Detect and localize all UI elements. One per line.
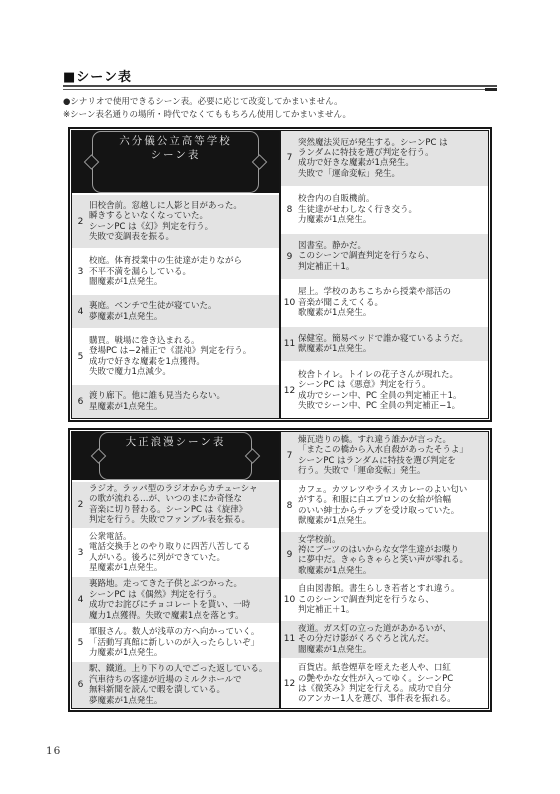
row-text: ラジオ。ラッパ型のラジオからカチューシャ の歌が流れる…が、いつのまにか奇怪な … xyxy=(89,484,277,526)
table-row: 7 突然魔法災厄が発生する。シーンPC は ランダムに特技を選び判定を行う。 成… xyxy=(281,131,488,186)
ornament-diamond-icon xyxy=(251,154,267,170)
table-row: 5 軍服さん。数人が浅草の方へ向かっていく。 「活動写真館に新しいのが入ったらし… xyxy=(72,625,279,660)
table-title: 大正浪漫シーン表 xyxy=(99,432,253,480)
table-column-right: 7 突然魔法災厄が発生する。シーンPC は ランダムに特技を選び判定を行う。 成… xyxy=(279,131,488,418)
table-row: 10 自由図書館。書生らしき若者とすれ違う。 このシーンで調査判定を行うなら、 … xyxy=(281,581,488,618)
row-number: 12 xyxy=(281,679,298,689)
row-text: 突然魔法災厄が発生する。シーンPC は ランダムに特技を選び判定を行う。 成功で… xyxy=(298,138,486,180)
row-number: 3 xyxy=(72,267,89,277)
scene-table-school: 六分儀公立高等学校 シーン表 2 旧校舎前。窓越しに人影と目があった。 瞬きする… xyxy=(68,127,492,422)
row-text: カフェ。カツレツやライスカレーのよい匂い がする。和服に白エプロンの女給が恰幅 … xyxy=(298,485,486,527)
row-text: 校舎内の自販機前。 生徒達がせわしなく行き交う。 力魔素が1点発生。 xyxy=(298,194,486,225)
row-text: 軍服さん。数人が浅草の方へ向かっていく。 「活動写真館に新しいのが入ったらしいぞ… xyxy=(89,627,277,658)
table-row: 12 校舎トイレ。トイレの花子さんが現れた。 シーンPC は《悪意》判定を行う。… xyxy=(281,363,488,418)
table-row: 8 校舎内の自販機前。 生徒達がせわしなく行き交う。 力魔素が1点発生。 xyxy=(281,188,488,232)
row-text: 渡り廊下。他に誰も見当たらない。 星魔素が1点発生。 xyxy=(89,391,277,412)
table-row: 4 裏路地。走ってきた子供とぶつかった。 シーンPC は《偶然》判定を行う。 成… xyxy=(72,577,279,623)
rule-end-cap xyxy=(485,88,497,91)
table-column-left: 六分儀公立高等学校 シーン表 2 旧校舎前。窓越しに人影と目があった。 瞬きする… xyxy=(72,131,279,418)
table-column-right: 7 煉瓦造りの橋。すれ違う誰かが言った。 「またこの橋から入水自殺があったそうよ… xyxy=(279,432,488,708)
table-column-left: 大正浪漫シーン表 2 ラジオ。ラッパ型のラジオからカチューシャ の歌が流れる…が… xyxy=(72,432,279,708)
row-text: 夜道。ガス灯の立った道があかるいが、 その分だけ影がくろぐろと沈んだ。 闇魔素が… xyxy=(298,624,486,655)
ornament-diamond-icon xyxy=(245,448,261,464)
row-text: 裏路地。走ってきた子供とぶつかった。 シーンPC は《偶然》判定を行う。 成功で… xyxy=(89,579,277,621)
row-number: 2 xyxy=(72,500,89,510)
row-number: 4 xyxy=(72,595,89,605)
table-row: 3 校庭。体育授業中の生徒達が走りながら 不平不満を漏らしている。 闇魔素が1点… xyxy=(72,250,279,293)
table-title: 六分儀公立高等学校 シーン表 xyxy=(92,131,259,193)
row-number: 7 xyxy=(281,153,298,163)
row-text: 保健室。簡易ベッドで誰か寝ているようだ。 獣魔素が1点発生。 xyxy=(298,334,486,355)
row-number: 2 xyxy=(72,217,89,227)
row-number: 8 xyxy=(281,205,298,215)
document-page: ■シーン表 ●シナリオで使用できるシーン表。必要に応じて改変してかまいません。 … xyxy=(0,0,560,794)
row-number: 6 xyxy=(72,397,89,407)
row-text: 旧校舎前。窓越しに人影と目があった。 瞬きするといなくなっていた。 シーンPC … xyxy=(89,201,277,243)
table-row: 2 ラジオ。ラッパ型のラジオからカチューシャ の歌が流れる…が、いつのまにか奇怪… xyxy=(72,482,279,528)
table-row: 7 煉瓦造りの橋。すれ違う誰かが言った。 「またこの橋から入水自殺があったそうよ… xyxy=(281,432,488,480)
table-row: 10 屋上。学校のあちこちから授業や部活の 音楽が聞こえてくる。 歌魔素が1点発… xyxy=(281,281,488,325)
page-title: ■シーン表 xyxy=(63,66,132,85)
table-title-band: 大正浪漫シーン表 xyxy=(72,432,279,480)
row-number: 10 xyxy=(281,595,298,605)
row-text: 購買。戦場に巻き込まれる。 登場PC は−2補正で《混沌》判定を行う。 成功で好… xyxy=(89,336,277,378)
row-number: 3 xyxy=(72,548,89,558)
row-text: 駅、鐵道。上り下りの人でごった返している。 汽車待ちの客達が近場のミルクホールで… xyxy=(89,664,277,706)
row-number: 12 xyxy=(281,386,298,396)
table-row: 9 図書室。静かだ。 このシーンで調査判定を行うなら、 判定補正＋1。 xyxy=(281,234,488,278)
row-text: 自由図書館。書生らしき若者とすれ違う。 このシーンで調査判定を行うなら、 判定補… xyxy=(298,584,486,615)
row-number: 5 xyxy=(72,352,89,362)
row-number: 11 xyxy=(281,339,298,349)
row-number: 11 xyxy=(281,634,298,644)
table-row: 9 女学校前。 袴にブーツのはいからな女学生達がお喋り に夢中だ。きゃらきゃらと… xyxy=(281,532,488,580)
scene-table-taisho: 大正浪漫シーン表 2 ラジオ。ラッパ型のラジオからカチューシャ の歌が流れる…が… xyxy=(68,428,492,712)
table-row: 11 保健室。簡易ベッドで誰か寝ているようだ。 獣魔素が1点発生。 xyxy=(281,327,488,361)
note-line: ●シナリオで使用できるシーン表。必要に応じて改変してかまいません。 xyxy=(63,96,343,108)
note-line: ※シーン表名通りの場所・時代でなくてももちろん使用してかまいません。 xyxy=(63,109,351,121)
row-number: 4 xyxy=(72,307,89,317)
table-row: 3 公衆電話。 電話交換手とのやり取りに四苦八苦してる 人がいる。後ろに列ができ… xyxy=(72,530,279,576)
row-number: 10 xyxy=(281,298,298,308)
table-row: 5 購買。戦場に巻き込まれる。 登場PC は−2補正で《混沌》判定を行う。 成功… xyxy=(72,330,279,383)
row-text: 校庭。体育授業中の生徒達が走りながら 不平不満を漏らしている。 闇魔素が1点発生… xyxy=(89,256,277,287)
row-number: 5 xyxy=(72,638,89,648)
table-row: 6 駅、鐵道。上り下りの人でごった返している。 汽車待ちの客達が近場のミルクホー… xyxy=(72,662,279,708)
row-text: 図書室。静かだ。 このシーンで調査判定を行うなら、 判定補正＋1。 xyxy=(298,241,486,272)
row-number: 6 xyxy=(72,680,89,690)
row-text: 女学校前。 袴にブーツのはいからな女学生達がお喋り に夢中だ。きゃらきゃらと笑い… xyxy=(298,535,486,577)
row-text: 裏庭。ベンチで生徒が寝ていた。 夢魔素が1点発生。 xyxy=(89,301,277,322)
page-number: 16 xyxy=(46,745,61,757)
row-number: 9 xyxy=(281,252,298,262)
row-text: 百貨店。紙巻煙草を咥えた老人や、口紅 の艶やかな女性が入ってゆく。シーンPC は… xyxy=(298,663,486,705)
ornament-diamond-icon xyxy=(90,448,106,464)
table-title-band: 六分儀公立高等学校 シーン表 xyxy=(72,131,279,193)
table-row: 12 百貨店。紙巻煙草を咥えた老人や、口紅 の艶やかな女性が入ってゆく。シーンP… xyxy=(281,660,488,708)
ornament-diamond-icon xyxy=(84,154,100,170)
row-text: 屋上。学校のあちこちから授業や部活の 音楽が聞こえてくる。 歌魔素が1点発生。 xyxy=(298,287,486,318)
row-text: 公衆電話。 電話交換手とのやり取りに四苦八苦してる 人がいる。後ろに列ができてい… xyxy=(89,532,277,574)
table-row: 8 カフェ。カツレツやライスカレーのよい匂い がする。和服に白エプロンの女給が恰… xyxy=(281,482,488,530)
row-number: 7 xyxy=(281,451,298,461)
row-text: 校舎トイレ。トイレの花子さんが現れた。 シーンPC は《悪意》判定を行う。 成功… xyxy=(298,370,486,412)
table-frame: 六分儀公立高等学校 シーン表 2 旧校舎前。窓越しに人影と目があった。 瞬きする… xyxy=(71,130,489,419)
table-row: 6 渡り廊下。他に誰も見当たらない。 星魔素が1点発生。 xyxy=(72,385,279,418)
table-frame: 大正浪漫シーン表 2 ラジオ。ラッパ型のラジオからカチューシャ の歌が流れる…が… xyxy=(71,431,489,709)
row-text: 煉瓦造りの橋。すれ違う誰かが言った。 「またこの橋から入水自殺があったそうよ」 … xyxy=(298,435,486,477)
row-number: 9 xyxy=(281,550,298,560)
table-row: 11 夜道。ガス灯の立った道があかるいが、 その分だけ影がくろぐろと沈んだ。 闇… xyxy=(281,621,488,658)
title-divider-rule xyxy=(63,85,497,90)
row-number: 8 xyxy=(281,501,298,511)
table-row: 2 旧校舎前。窓越しに人影と目があった。 瞬きするといなくなっていた。 シーンP… xyxy=(72,195,279,248)
table-row: 4 裏庭。ベンチで生徒が寝ていた。 夢魔素が1点発生。 xyxy=(72,295,279,328)
